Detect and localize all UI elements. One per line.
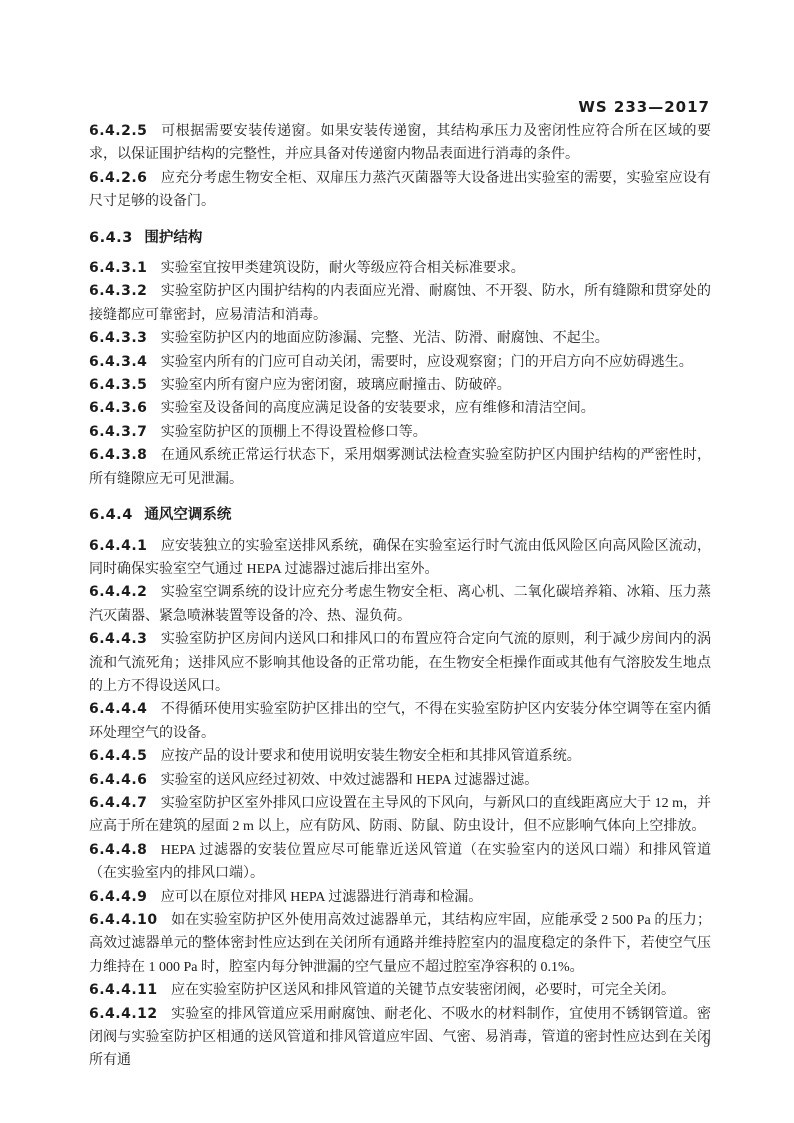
clause-paragraph: 6.4.4.10如在实验室防护区外使用高效过滤器单元，其结构应牢固，应能承受 2… [89,909,711,979]
clause-text: 不得循环使用实验室防护区排出的空气，不得在实验室防护区内安装分体空调等在室内循环… [89,702,711,740]
clause-number: 6.4.3.7 [89,424,147,440]
clause-paragraph: 6.4.4.3实验室防护区房间内送风口和排风口的布置应符合定向气流的原则，利于减… [89,628,711,698]
clause-number: 6.4.4.12 [89,1006,158,1022]
clause-number: 6.4.3.8 [89,447,147,463]
clause-text: 实验室的排风管道应采用耐腐蚀、耐老化、不吸水的材料制作，宜使用不锈钢管道。密闭阀… [89,1007,711,1069]
clause-number: 6.4.3.2 [89,283,147,299]
clause-paragraph: 6.4.2.5可根据需要安装传递窗。如果安装传递窗，其结构承压力及密闭性应符合所… [89,120,711,167]
clause-paragraph: 6.4.4.8HEPA 过滤器的安装位置应尽可能靠近送风管道（在实验室内的送风口… [89,839,711,886]
clause-text: 可根据需要安装传递窗。如果安装传递窗，其结构承压力及密闭性应符合所在区域的要求，… [89,124,711,162]
clause-text: 实验室防护区内的地面应防渗漏、完整、光洁、防滑、耐腐蚀、不起尘。 [161,331,609,346]
clause-number: 6.4.2.6 [89,170,147,186]
clause-number: 6.4.4 [89,507,133,523]
clause-number: 6.4.4.7 [89,795,147,811]
clause-text: 实验室空调系统的设计应充分考虑生物安全柜、离心机、二氧化碳培养箱、冰箱、压力蒸汽… [89,585,711,623]
clause-text: 应安装独立的实验室送排风系统，确保在实验室运行时气流由低风险区向高风险区流动，同… [89,539,711,577]
clause-text: 实验室内所有的门应可自动关闭，需要时，应设观察窗；门的开启方向不应妨碍逃生。 [161,355,693,370]
clause-number: 6.4.3.6 [89,400,147,416]
clause-number: 6.4.4.11 [89,982,158,998]
clause-text: 围护结构 [144,230,202,246]
clause-number: 6.4.4.9 [89,889,147,905]
clause-paragraph: 6.4.2.6应充分考虑生物安全柜、双扉压力蒸汽灭菌器等大设备进出实验室的需要，… [89,167,711,214]
clause-number: 6.4.4.6 [89,772,147,788]
section-heading: 6.4.4通风空调系统 [89,504,711,527]
clause-number: 6.4.2.5 [89,123,147,139]
clause-paragraph: 6.4.4.11应在实验室防护区送风和排风管道的关键节点安装密闭阀，必要时，可完… [89,979,711,1002]
clause-text: 应按产品的设计要求和使用说明安装生物安全柜和其排风管道系统。 [161,749,581,764]
clause-number: 6.4.4.2 [89,584,147,600]
clause-paragraph: 6.4.3.6实验室及设备间的高度应满足设备的安装要求，应有维修和清洁空间。 [89,397,711,420]
document-page: WS 233—2017 6.4.2.5可根据需要安装传递窗。如果安装传递窗，其结… [0,0,794,1123]
clause-text: 实验室防护区内围护结构的内表面应光滑、耐腐蚀、不开裂、防水，所有缝隙和贯穿处的接… [89,284,711,322]
clause-paragraph: 6.4.4.4不得循环使用实验室防护区排出的空气，不得在实验室防护区内安装分体空… [89,698,711,745]
clause-text: 应在实验室防护区送风和排风管道的关键节点安装密闭阀，必要时，可完全关闭。 [171,983,675,998]
clause-text: 应可以在原位对排风 HEPA 过滤器进行消毒和检漏。 [161,890,483,905]
clause-text: 实验室的送风应经过初效、中效过滤器和 HEPA 过滤器过滤。 [161,773,539,788]
clause-paragraph: 6.4.4.5应按产品的设计要求和使用说明安装生物安全柜和其排风管道系统。 [89,745,711,768]
clause-paragraph: 6.4.3.4实验室内所有的门应可自动关闭，需要时，应设观察窗；门的开启方向不应… [89,351,711,374]
clause-paragraph: 6.4.4.9应可以在原位对排风 HEPA 过滤器进行消毒和检漏。 [89,886,711,909]
clause-paragraph: 6.4.4.2实验室空调系统的设计应充分考虑生物安全柜、离心机、二氧化碳培养箱、… [89,581,711,628]
clause-text: 实验室内所有窗户应为密闭窗，玻璃应耐撞击、防破碎。 [161,378,511,393]
clause-paragraph: 6.4.3.3实验室防护区内的地面应防渗漏、完整、光洁、防滑、耐腐蚀、不起尘。 [89,327,711,350]
clause-text: 实验室防护区室外排风口应设置在主导风的下风向，与新风口的直线距离应大于 12 m… [89,796,711,834]
standard-number-header: WS 233—2017 [578,98,710,116]
clause-paragraph: 6.4.4.12实验室的排风管道应采用耐腐蚀、耐老化、不吸水的材料制作，宜使用不… [89,1003,711,1073]
clause-text: 实验室防护区的顶棚上不得设置检修口等。 [161,425,427,440]
clause-number: 6.4.4.1 [89,538,147,554]
clause-number: 6.4.4.4 [89,701,147,717]
clause-text: HEPA 过滤器的安装位置应尽可能靠近送风管道（在实验室内的送风口端）和排风管道… [89,843,711,881]
clause-number: 6.4.4.10 [89,912,158,928]
clause-number: 6.4.4.8 [89,842,147,858]
clause-paragraph: 6.4.3.8在通风系统正常运行状态下，采用烟雾测试法检查实验室防护区内围护结构… [89,444,711,491]
clause-number: 6.4.4.3 [89,631,147,647]
document-body: 6.4.2.5可根据需要安装传递窗。如果安装传递窗，其结构承压力及密闭性应符合所… [89,120,711,1073]
clause-number: 6.4.4.5 [89,748,147,764]
clause-paragraph: 6.4.4.7实验室防护区室外排风口应设置在主导风的下风向，与新风口的直线距离应… [89,792,711,839]
page-number: 9 [704,1035,711,1051]
clause-paragraph: 6.4.3.2实验室防护区内围护结构的内表面应光滑、耐腐蚀、不开裂、防水，所有缝… [89,280,711,327]
clause-paragraph: 6.4.3.5实验室内所有窗户应为密闭窗，玻璃应耐撞击、防破碎。 [89,374,711,397]
clause-number: 6.4.3.4 [89,354,147,370]
clause-number: 6.4.3.1 [89,260,147,276]
clause-paragraph: 6.4.4.1应安装独立的实验室送排风系统，确保在实验室运行时气流由低风险区向高… [89,535,711,582]
clause-text: 应充分考虑生物安全柜、双扉压力蒸汽灭菌器等大设备进出实验室的需要，实验室应设有尺… [89,171,711,209]
clause-text: 通风空调系统 [144,507,231,523]
clause-number: 6.4.3 [89,230,133,246]
clause-text: 实验室及设备间的高度应满足设备的安装要求，应有维修和清洁空间。 [161,401,595,416]
clause-text: 实验室防护区房间内送风口和排风口的布置应符合定向气流的原则，利于减少房间内的涡流… [89,632,711,694]
clause-text: 如在实验室防护区外使用高效过滤器单元，其结构应牢固，应能承受 2 500 Pa … [89,913,711,975]
clause-text: 实验室宜按甲类建筑设防，耐火等级应符合相关标准要求。 [161,261,525,276]
clause-number: 6.4.3.3 [89,330,147,346]
clause-paragraph: 6.4.3.7实验室防护区的顶棚上不得设置检修口等。 [89,421,711,444]
clause-number: 6.4.3.5 [89,377,147,393]
clause-paragraph: 6.4.4.6实验室的送风应经过初效、中效过滤器和 HEPA 过滤器过滤。 [89,769,711,792]
clause-text: 在通风系统正常运行状态下，采用烟雾测试法检查实验室防护区内围护结构的严密性时，所… [89,448,711,486]
clause-paragraph: 6.4.3.1实验室宜按甲类建筑设防，耐火等级应符合相关标准要求。 [89,257,711,280]
section-heading: 6.4.3围护结构 [89,227,711,250]
